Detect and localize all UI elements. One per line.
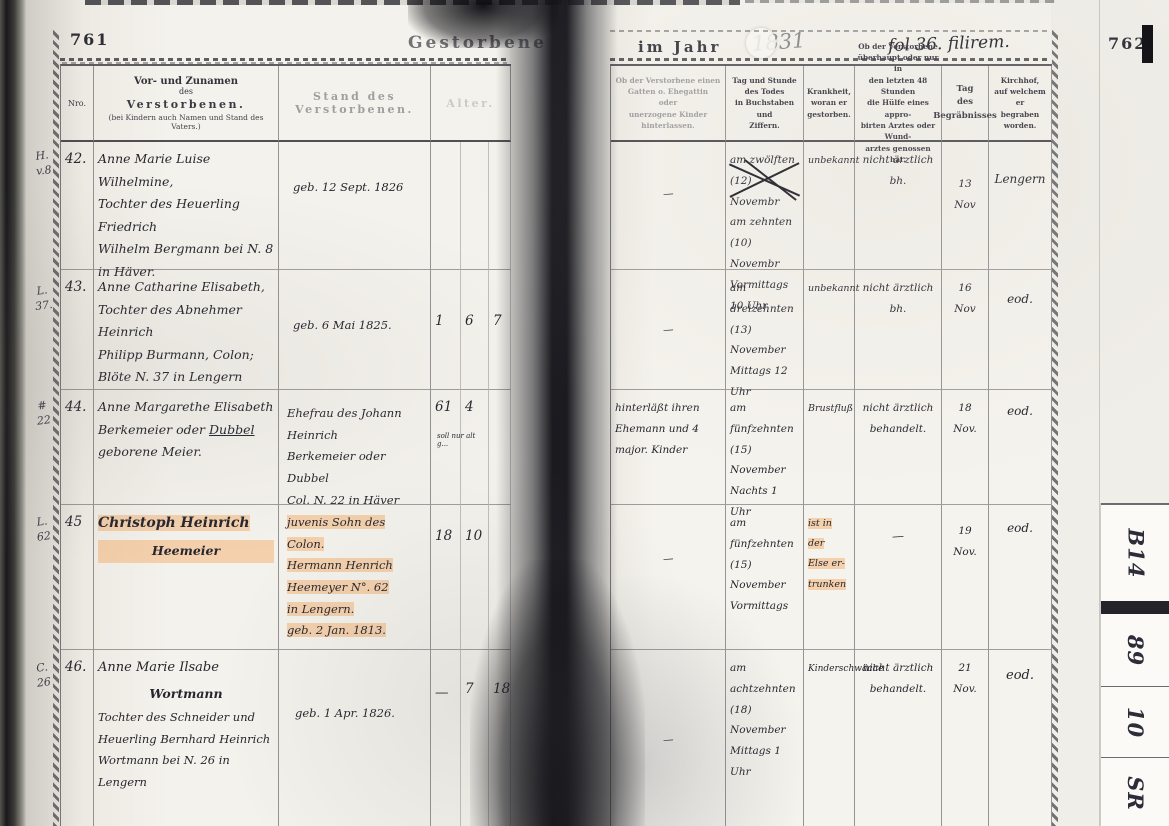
- ornament-rule-right: [610, 58, 1051, 61]
- cell-name: Anne Marie Luise Wilhelmine, Tochter des…: [94, 142, 279, 270]
- margin-note: C. 26: [26, 658, 60, 692]
- cell-name: Christoph Heinrich Heemeier: [94, 505, 279, 650]
- cell-arzt: nicht ärztlich bh.: [855, 270, 942, 390]
- header-kirchhof: Kirchhof, auf welchem er begraben worden…: [989, 66, 1052, 142]
- cell-death-time: am zwölften (12) Novembr am zehnten (10)…: [726, 142, 804, 270]
- cell-begraebnis: 18 Nov.: [942, 390, 989, 505]
- cell-kirchhof: eod.: [989, 390, 1052, 505]
- header-death-time: Tag und Stunde des Todes in Buchstaben u…: [726, 66, 804, 142]
- margin-note: H. v.8: [26, 146, 60, 180]
- header-krankheit: Krankheit, woran er gestorben.: [804, 66, 855, 142]
- archive-tab: SR: [1101, 757, 1169, 826]
- left-page-table: Nro. Vor- und Zunamen des Verstorbenen. …: [60, 64, 511, 826]
- margin-note: L. 62: [26, 512, 60, 546]
- cell-name: Anne Marie Ilsabe Wortmann Tochter des S…: [94, 650, 279, 826]
- cell-stand: geb. 1 Apr. 1826.: [279, 650, 431, 826]
- cell-alter-t: [489, 142, 511, 270]
- cell-alter-m: 10: [461, 505, 489, 650]
- header-survivors: Ob der Verstorbene einen Gatten o. Ehega…: [611, 66, 726, 142]
- header-begraebnis: Tag des Begräbnisses: [942, 66, 989, 142]
- archive-tab: 10: [1101, 686, 1169, 757]
- cell-begraebnis: 19 Nov.: [942, 505, 989, 650]
- cell-survivors: hinterläßt ihren Ehemann und 4 major. Ki…: [611, 390, 726, 505]
- cell-krankheit: Brustfluß: [804, 390, 855, 505]
- cell-stand: Ehefrau des Johann Heinrich Berkemeier o…: [279, 390, 431, 505]
- archive-tab: 89: [1101, 614, 1169, 686]
- cell-begraebnis: 21 Nov.: [942, 650, 989, 826]
- cell-death-time: am fünfzehnten (15) November Vormittags: [726, 505, 804, 650]
- scan-top-edge: [85, 0, 740, 5]
- cell-begraebnis: 16 Nov: [942, 270, 989, 390]
- cell-survivors: —: [611, 270, 726, 390]
- header-name: Vor- und Zunamen des Verstorbenen. (bei …: [94, 66, 279, 142]
- cell-krankheit: unbekannt: [804, 270, 855, 390]
- cell-death-time: am achtzehnten (18) November Mittags 1 U…: [726, 650, 804, 826]
- cell-kirchhof: Lengern: [989, 142, 1052, 270]
- scan-left-dark-edge: [0, 0, 26, 826]
- cell-name: Anne Catharine Elisabeth, Tochter des Ab…: [94, 270, 279, 390]
- punch-hole-mark: [746, 28, 776, 58]
- scan-top-edge-right: [745, 0, 1055, 3]
- cell-alter-j: 18: [431, 505, 461, 650]
- cell-survivors: —: [611, 650, 726, 826]
- margin-note: L. 37.: [26, 281, 60, 315]
- cell-alter-j: —: [431, 650, 461, 826]
- cell-kirchhof: eod.: [989, 650, 1052, 826]
- cell-arzt: nicht ärztlich bh.: [855, 142, 942, 270]
- margin-note: # 22: [26, 396, 60, 430]
- cell-alter-m: 4 soll nur alt g...: [461, 390, 489, 505]
- cell-survivors: —: [611, 142, 726, 270]
- cell-death-time: am fünfzehnten (15) November Nachts 1 Uh…: [726, 390, 804, 505]
- cell-nro: 43.: [61, 270, 94, 390]
- header-stand: Stand des Verstorbenen.: [279, 66, 431, 142]
- cell-alter-m: 7: [461, 650, 489, 826]
- cell-alter-t: 7: [489, 270, 511, 390]
- register-title: Gestorbene: [408, 33, 547, 53]
- cell-kirchhof: eod.: [989, 505, 1052, 650]
- cell-stand: juvenis Sohn des Colon. Hermann Henrich …: [279, 505, 431, 650]
- left-page-number: 761: [70, 30, 109, 49]
- cell-begraebnis: 13 Nov: [942, 142, 989, 270]
- cell-nro: 42.: [61, 142, 94, 270]
- cell-name: Anne Margarethe Elisabeth Berkemeier ode…: [94, 390, 279, 505]
- header-arzt: Ob der Verstorbene überhaupt oder nur in…: [855, 66, 942, 142]
- cell-alter-t: [489, 505, 511, 650]
- cell-krankheit: Kinderschwäche: [804, 650, 855, 826]
- header-nro: Nro.: [61, 66, 94, 142]
- title-im-jahr: im Jahr: [638, 38, 721, 56]
- cell-alter-t: 18: [489, 650, 511, 826]
- cell-death-time: am dreizehnten (13) November Mittags 12 …: [726, 270, 804, 390]
- archive-tab-divider-bar: [1101, 601, 1169, 614]
- ornament-rule-right-top: [610, 30, 1051, 32]
- archive-tab: B14: [1101, 503, 1169, 601]
- cell-arzt: nicht ärztlich behandelt.: [855, 390, 942, 505]
- cell-alter-m: [461, 142, 489, 270]
- ornament-rule-left: [60, 58, 510, 61]
- cell-alter-j: [431, 142, 461, 270]
- cell-arzt: nicht ärztlich behandelt.: [855, 650, 942, 826]
- cell-krankheit: unbekannt: [804, 142, 855, 270]
- cell-alter-t: [489, 390, 511, 505]
- zigzag-border-right: [1052, 30, 1058, 826]
- scan-artifact-bar: [1142, 25, 1153, 63]
- cell-kirchhof: eod.: [989, 270, 1052, 390]
- cell-survivors: —: [611, 505, 726, 650]
- cell-alter-m: 6: [461, 270, 489, 390]
- cell-alter-j: 1: [431, 270, 461, 390]
- alter-note: soll nur alt g...: [437, 432, 497, 448]
- header-alter: Alter.: [431, 66, 511, 142]
- cell-nro: 46.: [61, 650, 94, 826]
- cell-nro: 45: [61, 505, 94, 650]
- archive-tab-strip: B14 89 10 SR: [1100, 503, 1169, 826]
- cell-stand: geb. 6 Mai 1825.: [279, 270, 431, 390]
- cell-krankheit: ist in der Else er- trunken: [804, 505, 855, 650]
- cell-stand: geb. 12 Sept. 1826: [279, 142, 431, 270]
- crossed-out-date: am zwölften (12) Novembr: [730, 148, 799, 210]
- right-page-table: Ob der Verstorbene einen Gatten o. Ehega…: [610, 64, 1052, 826]
- cell-arzt: —: [855, 505, 942, 650]
- cell-nro: 44.: [61, 390, 94, 505]
- scanned-death-register-spread: 761 Gestorbene im Jahr 1831 fol 36. fili…: [0, 0, 1169, 826]
